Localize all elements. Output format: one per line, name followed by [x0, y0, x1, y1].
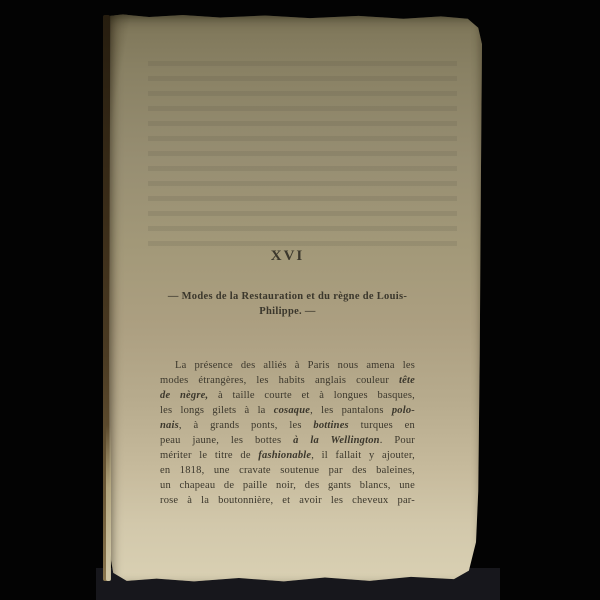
text-segment: fashionable — [258, 450, 311, 461]
body-line: mériter le titre de fashionable, il fall… — [160, 448, 415, 463]
text-segment: , à grands ponts, les — [179, 420, 314, 431]
chapter-heading: — Modes de la Restauration et du règne d… — [160, 289, 415, 319]
body-line: un chapeau de paille noir, des gants bla… — [160, 478, 415, 493]
photo-background: XVI — Modes de la Restauration et du règ… — [0, 0, 600, 600]
text-segment: rose à la boutonnière, et avoir les chev… — [160, 495, 415, 506]
body-line: les longs gilets à la cosaque, les panta… — [160, 403, 415, 418]
body-line: rose à la boutonnière, et avoir les chev… — [160, 493, 415, 508]
page-content: XVI — Modes de la Restauration et du règ… — [108, 13, 482, 582]
body-line: de nègre, à taille courte et à longues b… — [160, 388, 415, 403]
chapter-number: XVI — [160, 247, 415, 265]
text-segment: La présence des alliés à Paris nous amen… — [175, 360, 415, 371]
text-segment: cosaque — [274, 405, 310, 416]
text-segment: turques en — [349, 420, 415, 431]
body-line: peau jaune, les bottes à la Wellington. … — [160, 433, 415, 448]
text-segment: bottines — [313, 420, 348, 431]
page-edge-highlight — [106, 425, 111, 581]
text-segment: mériter le titre de — [160, 450, 258, 461]
body-line: en 1818, une cravate soutenue par des ba… — [160, 463, 415, 478]
text-segment: à taille courte et à longues basques, — [208, 390, 415, 401]
heading-line-2: Philippe. — — [160, 304, 415, 319]
text-segment: à la Wellington — [293, 435, 380, 446]
text-segment: peau jaune, les bottes — [160, 435, 293, 446]
text-segment: de nègre, — [160, 390, 208, 401]
text-segment: , les pantalons — [310, 405, 392, 416]
body-line: nais, à grands ponts, les bottines turqu… — [160, 418, 415, 433]
body-line: La présence des alliés à Paris nous amen… — [160, 358, 415, 373]
text-segment: les longs gilets à la — [160, 405, 274, 416]
text-segment: polo- — [392, 405, 415, 416]
text-segment: nais — [160, 420, 179, 431]
body-text: La présence des alliés à Paris nous amen… — [160, 358, 415, 508]
text-segment: modes étrangères, les habits anglais cou… — [160, 375, 399, 386]
book-page: XVI — Modes de la Restauration et du règ… — [108, 13, 482, 582]
text-segment: tête — [399, 375, 415, 386]
heading-line-1: — Modes de la Restauration et du règne d… — [160, 289, 415, 304]
text-segment: un chapeau de paille noir, des gants bla… — [160, 480, 415, 491]
body-line: modes étrangères, les habits anglais cou… — [160, 373, 415, 388]
text-segment: . Pour — [380, 435, 415, 446]
text-segment: en 1818, une cravate soutenue par des ba… — [160, 465, 415, 476]
text-segment: , il fallait y ajouter, — [311, 450, 415, 461]
